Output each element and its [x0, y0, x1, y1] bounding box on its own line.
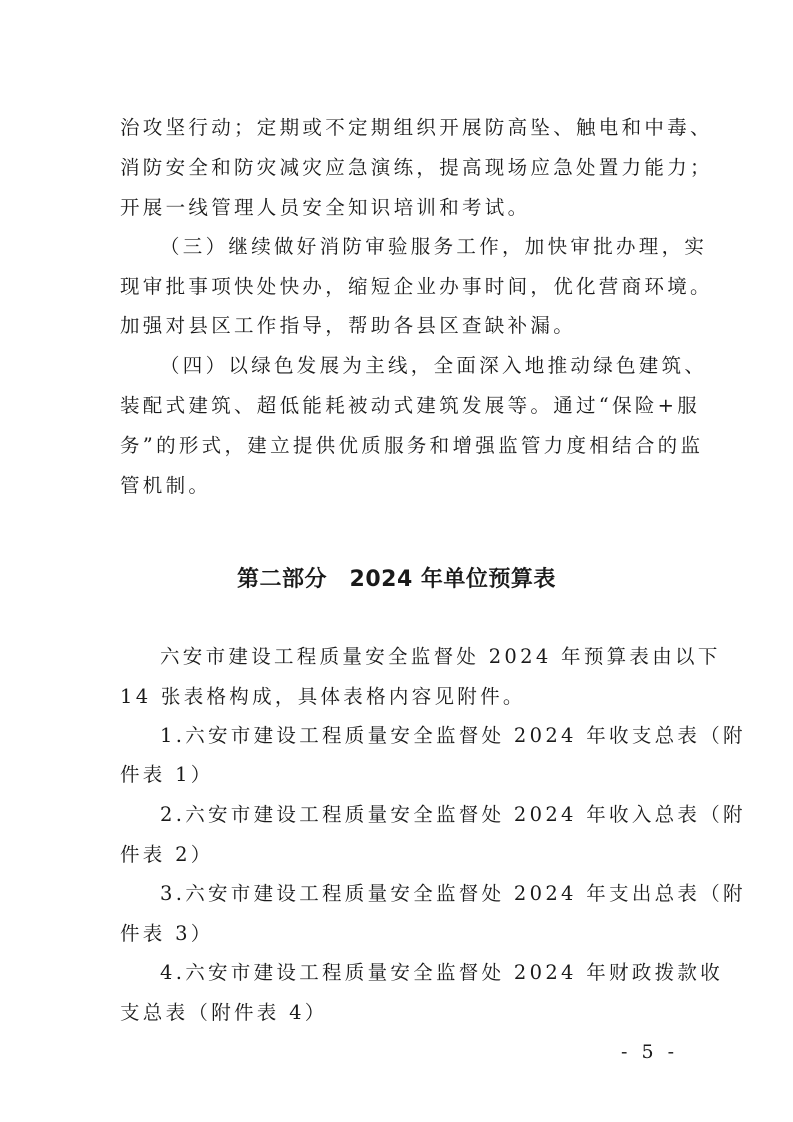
text-line: 件表 1） — [120, 763, 675, 787]
text-line: （四）以绿色发展为主线，全面深入地推动绿色建筑、 — [160, 354, 675, 378]
text-line: 开展一线管理人员安全知识培训和考试。 — [120, 196, 675, 220]
text-line: （三）继续做好消防审验服务工作，加快审批办理，实 — [160, 235, 675, 259]
text-line: 1.六安市建设工程质量安全监督处 2024 年收支总表（附 — [160, 724, 675, 748]
text-line: 现审批事项快处快办，缩短企业办事时间，优化营商环境。 — [120, 275, 675, 299]
text-line: 件表 2） — [120, 843, 675, 867]
text-line: 支总表（附件表 4） — [120, 1001, 675, 1025]
text-line: 2.六安市建设工程质量安全监督处 2024 年收入总表（附 — [160, 803, 675, 827]
text-line: 务”的形式，建立提供优质服务和增强监管力度相结合的监 — [120, 434, 675, 458]
text-line: 加强对县区工作指导，帮助各县区查缺补漏。 — [120, 314, 675, 338]
text-line: 六安市建设工程质量安全监督处 2024 年预算表由以下 — [160, 645, 675, 669]
text-line: 14 张表格构成，具体表格内容见附件。 — [120, 685, 675, 709]
text-line: 治攻坚行动；定期或不定期组织开展防高坠、触电和中毒、 — [120, 116, 675, 140]
text-line: 3.六安市建设工程质量安全监督处 2024 年支出总表（附 — [160, 882, 675, 906]
section-heading: 第二部分 2024 年单位预算表 — [0, 566, 793, 594]
text-line: 消防安全和防灾减灾应急演练，提高现场应急处置力能力； — [120, 156, 675, 180]
page-number: - 5 - — [621, 1040, 678, 1064]
text-line: 4.六安市建设工程质量安全监督处 2024 年财政拨款收 — [160, 961, 675, 985]
text-line: 件表 3） — [120, 922, 675, 946]
text-line: 装配式建筑、超低能耗被动式建筑发展等。通过“保险+服 — [120, 394, 675, 418]
text-line: 管机制。 — [120, 474, 675, 498]
